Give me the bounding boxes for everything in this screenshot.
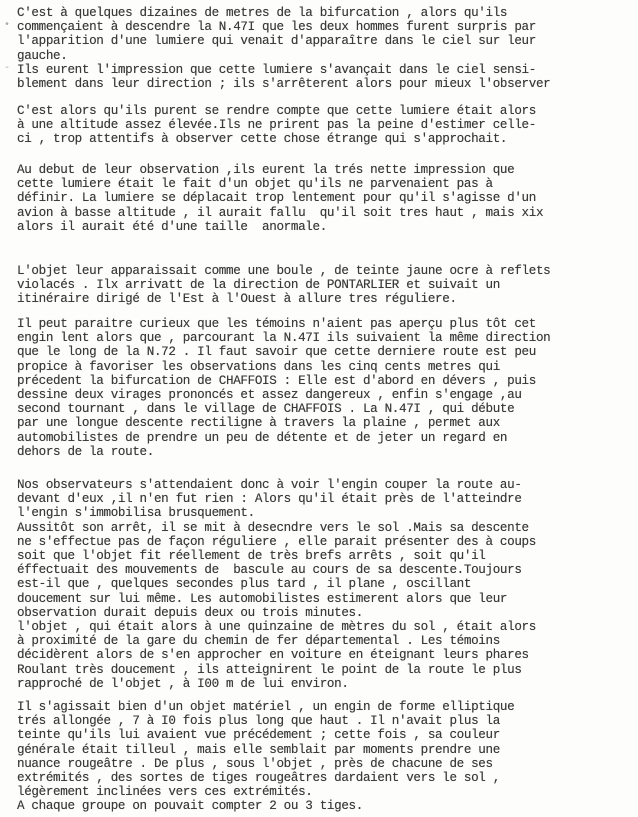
text-line: avion à basse altitude , il aurait fallu… — [17, 206, 543, 220]
text-line: l'objet , qui était alors à une quinzain… — [17, 620, 536, 634]
text-line: rapproché de l'objet , à I00 m de lui en… — [17, 677, 349, 691]
text-line: gauche. — [17, 49, 67, 63]
text-line: extrémités , des sortes de tiges rougeât… — [17, 771, 500, 785]
text-line: second tournant , dans le village de CHA… — [17, 402, 514, 416]
text-line: dehors de la route. — [17, 445, 154, 459]
text-line: est-il que , quelques secondes plus tard… — [17, 577, 471, 591]
text-line: légèrement inclinées vers ces extrémités… — [17, 785, 313, 799]
text-line: observation durait depuis deux ou trois … — [17, 606, 363, 620]
text-line: dessine deux virages prononcés et assez … — [17, 388, 522, 402]
text-line: itinéraire dirigé de l'Est à l'Ouest à a… — [17, 292, 457, 306]
text-line: Roulant très doucement , ils atteigniren… — [17, 663, 522, 677]
text-line: trés allongée , 7 à I0 fois plus long qu… — [17, 714, 500, 728]
text-line: alors il aurait été d'une taille anormal… — [17, 220, 327, 234]
text-line: doucement sur lui même. Les automobilist… — [17, 592, 507, 606]
text-line: blement dans leur direction ; ils s'arrê… — [17, 77, 550, 91]
text-line: cette lumiere était le fait d'un objet q… — [17, 177, 493, 191]
margin-mark: - — [4, 63, 10, 74]
text-line: décidèrent alors de s'en approcher en vo… — [17, 648, 529, 662]
text-line: à proximité de la gare du chemin de fer … — [17, 634, 500, 648]
margin-mark: • — [4, 20, 10, 31]
text-line: teinte qu'ils lui avaient vue précédemen… — [17, 728, 500, 742]
text-line: commençaient à descendre la N.47I que le… — [17, 20, 536, 34]
text-line: A chaque groupe on pouvait compter 2 ou … — [17, 799, 363, 813]
text-line: Aussitôt son arrêt, il se mit à desecndr… — [17, 521, 529, 535]
text-line: violacés . Ilx arrivatt de la direction … — [17, 278, 500, 292]
text-line: automobilistes de prendre un peu de déte… — [17, 431, 507, 445]
text-line: précedent la bifurcation de CHAFFOIS : E… — [17, 374, 536, 388]
text-line: L'objet leur apparaissait comme une boul… — [17, 264, 550, 278]
text-line: par une longue descente rectiligne à tra… — [17, 416, 500, 430]
text-line: ci , trop attentifs à observer cette cho… — [17, 132, 507, 146]
text-line: soit que l'objet fit réellement de très … — [17, 549, 486, 563]
typewritten-page: • - C'est à quelques dizaines de metres … — [0, 0, 638, 817]
text-line: Au debut de leur observation ,ils eurent… — [17, 163, 514, 177]
text-line: nuance rougeâtre . De plus , sous l'obje… — [17, 757, 493, 771]
text-line: C'est alors qu'ils purent se rendre comp… — [17, 104, 536, 118]
text-line: que le long de la N.72 . Il faut savoir … — [17, 345, 536, 359]
text-line: C'est à quelques dizaines de metres de l… — [17, 6, 507, 20]
text-line: devant d'eux ,il n'en fut rien : Alors q… — [17, 492, 522, 506]
text-line: ne s'effectue pas de façon réguliere , e… — [17, 535, 536, 549]
text-line: Ils eurent l'impression que cette lumier… — [17, 63, 536, 77]
text-line: l'engin s'immobilisa brusquement. — [17, 506, 255, 520]
text-line: définir. La lumiere se déplacait trop le… — [17, 191, 536, 205]
text-line: l'apparition d'une lumiere qui venait d'… — [17, 34, 536, 48]
text-line: à une altitude assez élevée.Ils ne prire… — [17, 118, 536, 132]
text-line: générale était tilleul , mais elle sembl… — [17, 743, 500, 757]
text-line: Il s'agissait bien d'un objet matériel ,… — [17, 700, 514, 714]
text-line: engin lent alors que , parcourant la N.4… — [17, 331, 550, 345]
text-line: Nos observateurs s'attendaient donc à vo… — [17, 478, 522, 492]
text-line: propice à favoriser les observations dan… — [17, 360, 500, 374]
text-line: Il peut paraitre curieux que les témoins… — [17, 317, 536, 331]
text-line: éffectuait des mouvements de bascule au … — [17, 563, 522, 577]
